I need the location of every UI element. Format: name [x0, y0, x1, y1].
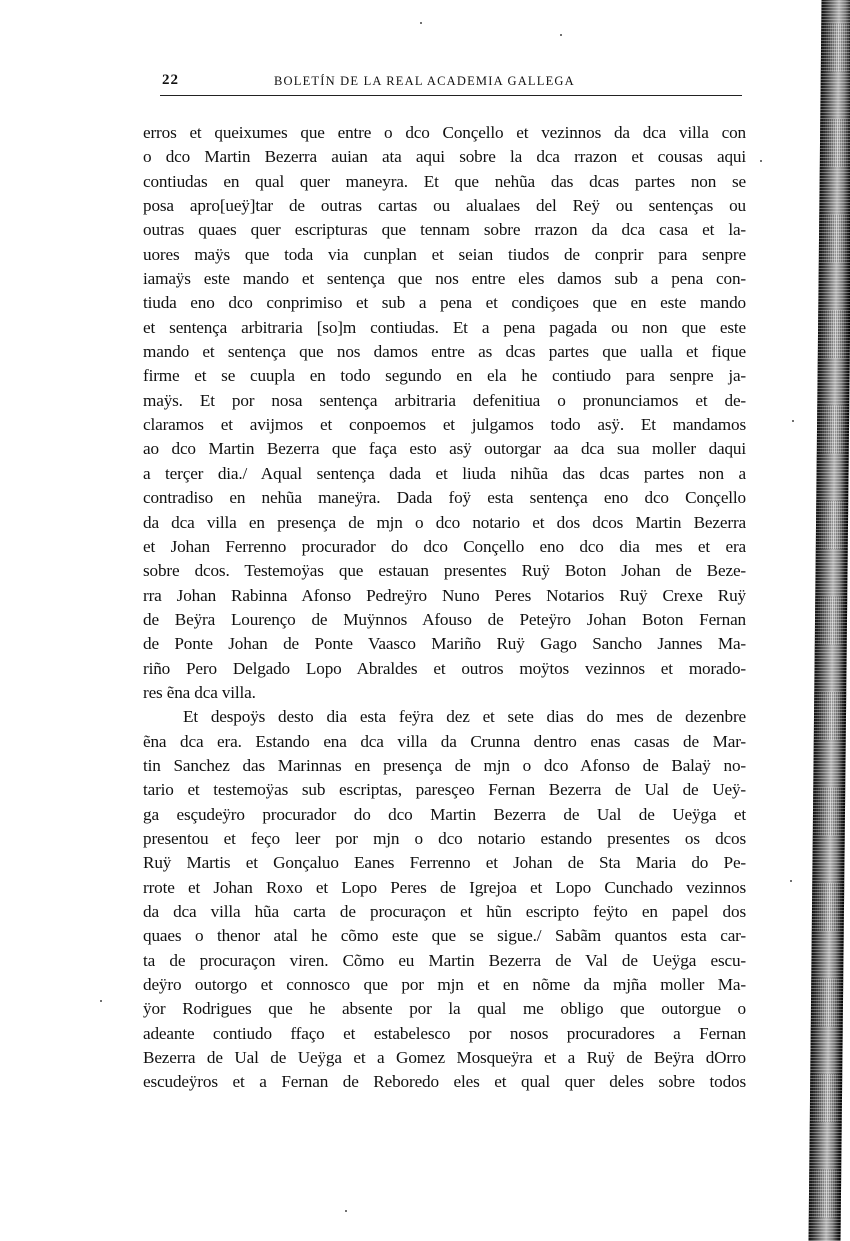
- page-number: 22: [162, 72, 179, 89]
- text-line: posa apro[ueÿ]tar de outras cartas ou al…: [143, 194, 746, 218]
- scanned-page: 22 BOLETÍN DE LA REAL ACADEMIA GALLEGA e…: [0, 0, 850, 1241]
- page-edge-shadow: [809, 0, 850, 1241]
- scan-speck: [760, 160, 762, 162]
- text-line: ao dco Martin Bezerra que faça esto asÿ …: [143, 437, 746, 461]
- text-line: tin Sanchez das Marinnas en presença de …: [143, 754, 746, 778]
- paragraph-start-line: Et despoÿs desto dia esta feÿra dez et s…: [143, 705, 746, 729]
- text-line: o dco Martin Bezerra auian ata aqui sobr…: [143, 145, 746, 169]
- text-line: sobre dcos. Testemoÿas que estauan prese…: [143, 559, 746, 583]
- text-line: riño Pero Delgado Lopo Abraldes et outro…: [143, 657, 746, 681]
- text-line: tario et testemoÿas sub escriptas, pares…: [143, 778, 746, 802]
- paragraph-end-line: res ẽna dca villa.: [143, 681, 746, 705]
- text-line: tiuda eno dco conprimiso et sub a pena e…: [143, 291, 746, 315]
- text-line: quaes o thenor atal he cõmo este que se …: [143, 924, 746, 948]
- text-line: escudeÿros et a Fernan de Reboredo eles …: [143, 1070, 746, 1094]
- text-line: claramos et avijmos et conpoemos et julg…: [143, 413, 746, 437]
- running-title: BOLETÍN DE LA REAL ACADEMIA GALLEGA: [274, 74, 575, 89]
- text-line: mando et sentença que nos damos entre as…: [143, 340, 746, 364]
- text-line: et Johan Ferrenno procurador do dco Conç…: [143, 535, 746, 559]
- text-line: ga esçudeÿro procurador do dco Martin Be…: [143, 803, 746, 827]
- text-line: ta de procuraçon viren. Cõmo eu Martin B…: [143, 949, 746, 973]
- text-line: a terçer dia./ Aqual sentença dada et li…: [143, 462, 746, 486]
- scan-speck: [100, 1000, 102, 1002]
- text-line: de Ponte Johan de Ponte Vaasco Mariño Ru…: [143, 632, 746, 656]
- scan-speck: [345, 1210, 347, 1212]
- text-line: deÿro outorgo et connosco que por mjn et…: [143, 973, 746, 997]
- text-line: de Beÿra Lourenço de Muÿnnos Afouso de P…: [143, 608, 746, 632]
- text-line: et sentença arbitraria [so]m contiudas. …: [143, 316, 746, 340]
- text-line: ÿor Rodrigues que he absente por la qual…: [143, 997, 746, 1021]
- text-line: adeante contiudo ffaço et estabelesco po…: [143, 1022, 746, 1046]
- page-header: 22 BOLETÍN DE LA REAL ACADEMIA GALLEGA: [160, 70, 745, 94]
- text-line: presentou et feço leer por mjn o dco not…: [143, 827, 746, 851]
- text-line: Bezerra de Ual de Ueÿga et a Gomez Mosqu…: [143, 1046, 746, 1070]
- text-line: outras quaes quer escripturas que tennam…: [143, 218, 746, 242]
- text-line: rra Johan Rabinna Afonso Pedreÿro Nuno P…: [143, 584, 746, 608]
- text-line: contradiso en nehũa maneÿra. Dada foÿ es…: [143, 486, 746, 510]
- text-line: da dca villa hũa carta de procuraçon et …: [143, 900, 746, 924]
- text-line: rrote et Johan Roxo et Lopo Peres de Igr…: [143, 876, 746, 900]
- header-rule: [160, 95, 742, 96]
- text-line: iamaÿs este mando et sentença que nos en…: [143, 267, 746, 291]
- text-line: firme et se cuupla en todo segundo en el…: [143, 364, 746, 388]
- text-line: erros et queixumes que entre o dco Conçe…: [143, 121, 746, 145]
- scan-speck: [420, 22, 422, 24]
- body-text: erros et queixumes que entre o dco Conçe…: [143, 121, 746, 1095]
- text-line: maÿs. Et por nosa sentença arbitraria de…: [143, 389, 746, 413]
- text-line: ẽna dca era. Estando ena dca villa da Cr…: [143, 730, 746, 754]
- text-line: Ruÿ Martis et Gonçaluo Eanes Ferrenno et…: [143, 851, 746, 875]
- text-line: contiudas en qual quer maneyra. Et que n…: [143, 170, 746, 194]
- text-line: da dca villa en presença de mjn o dco no…: [143, 511, 746, 535]
- text-line: uores maÿs que toda via cunplan et seian…: [143, 243, 746, 267]
- scan-speck: [792, 420, 794, 422]
- scan-speck: [790, 880, 792, 882]
- scan-speck: [560, 34, 562, 36]
